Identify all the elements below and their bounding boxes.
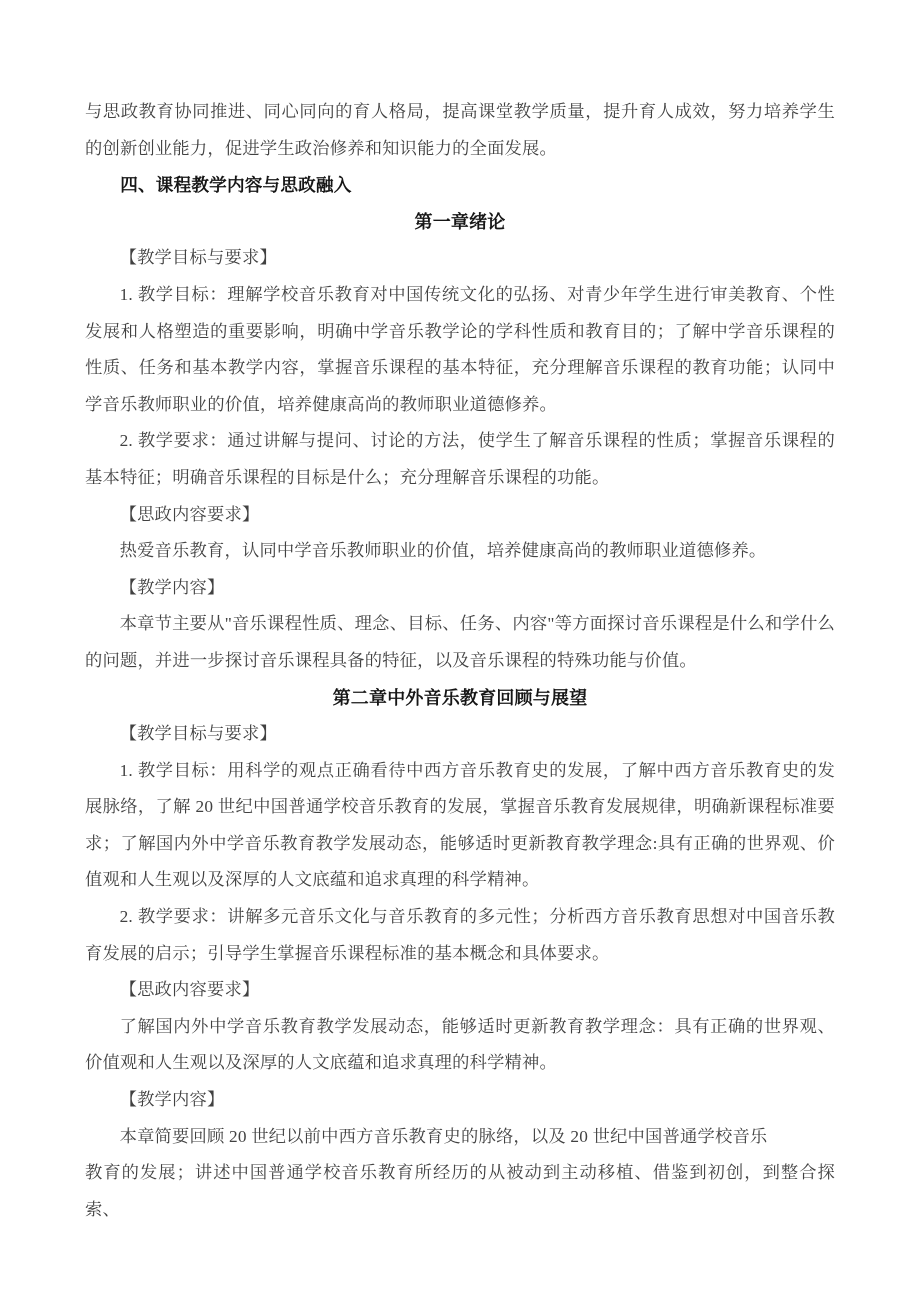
paragraph-continuation-top: 与思政教育协同推进、同心同向的育人格局，提高课堂教学质量，提升育人成效，努力培养… [85, 94, 835, 167]
bracket-heading-ideological-ch2: 【思政内容要求】 [85, 972, 835, 1009]
paragraph-teaching-requirement-ch1: 2. 教学要求：通过讲解与提问、讨论的方法，使学生了解音乐课程的性质；掌握音乐课… [85, 423, 835, 496]
bracket-heading-objectives-ch1: 【教学目标与要求】 [85, 240, 835, 277]
paragraph-ideological-ch1: 热爱音乐教育，认同中学音乐教师职业的价值，培养健康高尚的教师职业道德修养。 [85, 533, 835, 570]
bracket-heading-content-ch1: 【教学内容】 [85, 570, 835, 607]
paragraph-content-ch2-line2: 教育的发展；讲述中国普通学校音乐教育所经历的从被动到主动移植、借鉴到初创，到整合… [85, 1155, 835, 1228]
chapter-2-title: 第二章中外音乐教育回顾与展望 [85, 680, 835, 717]
section-heading-four: 四、课程教学内容与思政融入 [85, 167, 835, 204]
paragraph-teaching-goal-ch1: 1. 教学目标：理解学校音乐教育对中国传统文化的弘扬、对青少年学生进行审美教育、… [85, 277, 835, 423]
paragraph-ideological-ch2: 了解国内外中学音乐教育教学发展动态，能够适时更新教育教学理念：具有正确的世界观、… [85, 1009, 835, 1082]
chapter-1-title: 第一章绪论 [85, 204, 835, 241]
document-page: 与思政教育协同推进、同心同向的育人格局，提高课堂教学质量，提升育人成效，努力培养… [0, 0, 920, 1302]
paragraph-content-ch2-line1: 本章简要回顾 20 世纪以前中西方音乐教育史的脉络，以及 20 世纪中国普通学校… [85, 1119, 835, 1156]
bracket-heading-objectives-ch2: 【教学目标与要求】 [85, 716, 835, 753]
paragraph-teaching-requirement-ch2: 2. 教学要求：讲解多元音乐文化与音乐教育的多元性；分析西方音乐教育思想对中国音… [85, 899, 835, 972]
paragraph-teaching-goal-ch2: 1. 教学目标：用科学的观点正确看待中西方音乐教育史的发展，了解中西方音乐教育史… [85, 753, 835, 899]
bracket-heading-content-ch2: 【教学内容】 [85, 1082, 835, 1119]
bracket-heading-ideological-ch1: 【思政内容要求】 [85, 497, 835, 534]
paragraph-content-ch1: 本章节主要从"音乐课程性质、理念、目标、任务、内容"等方面探讨音乐课程是什么和学… [85, 606, 835, 679]
